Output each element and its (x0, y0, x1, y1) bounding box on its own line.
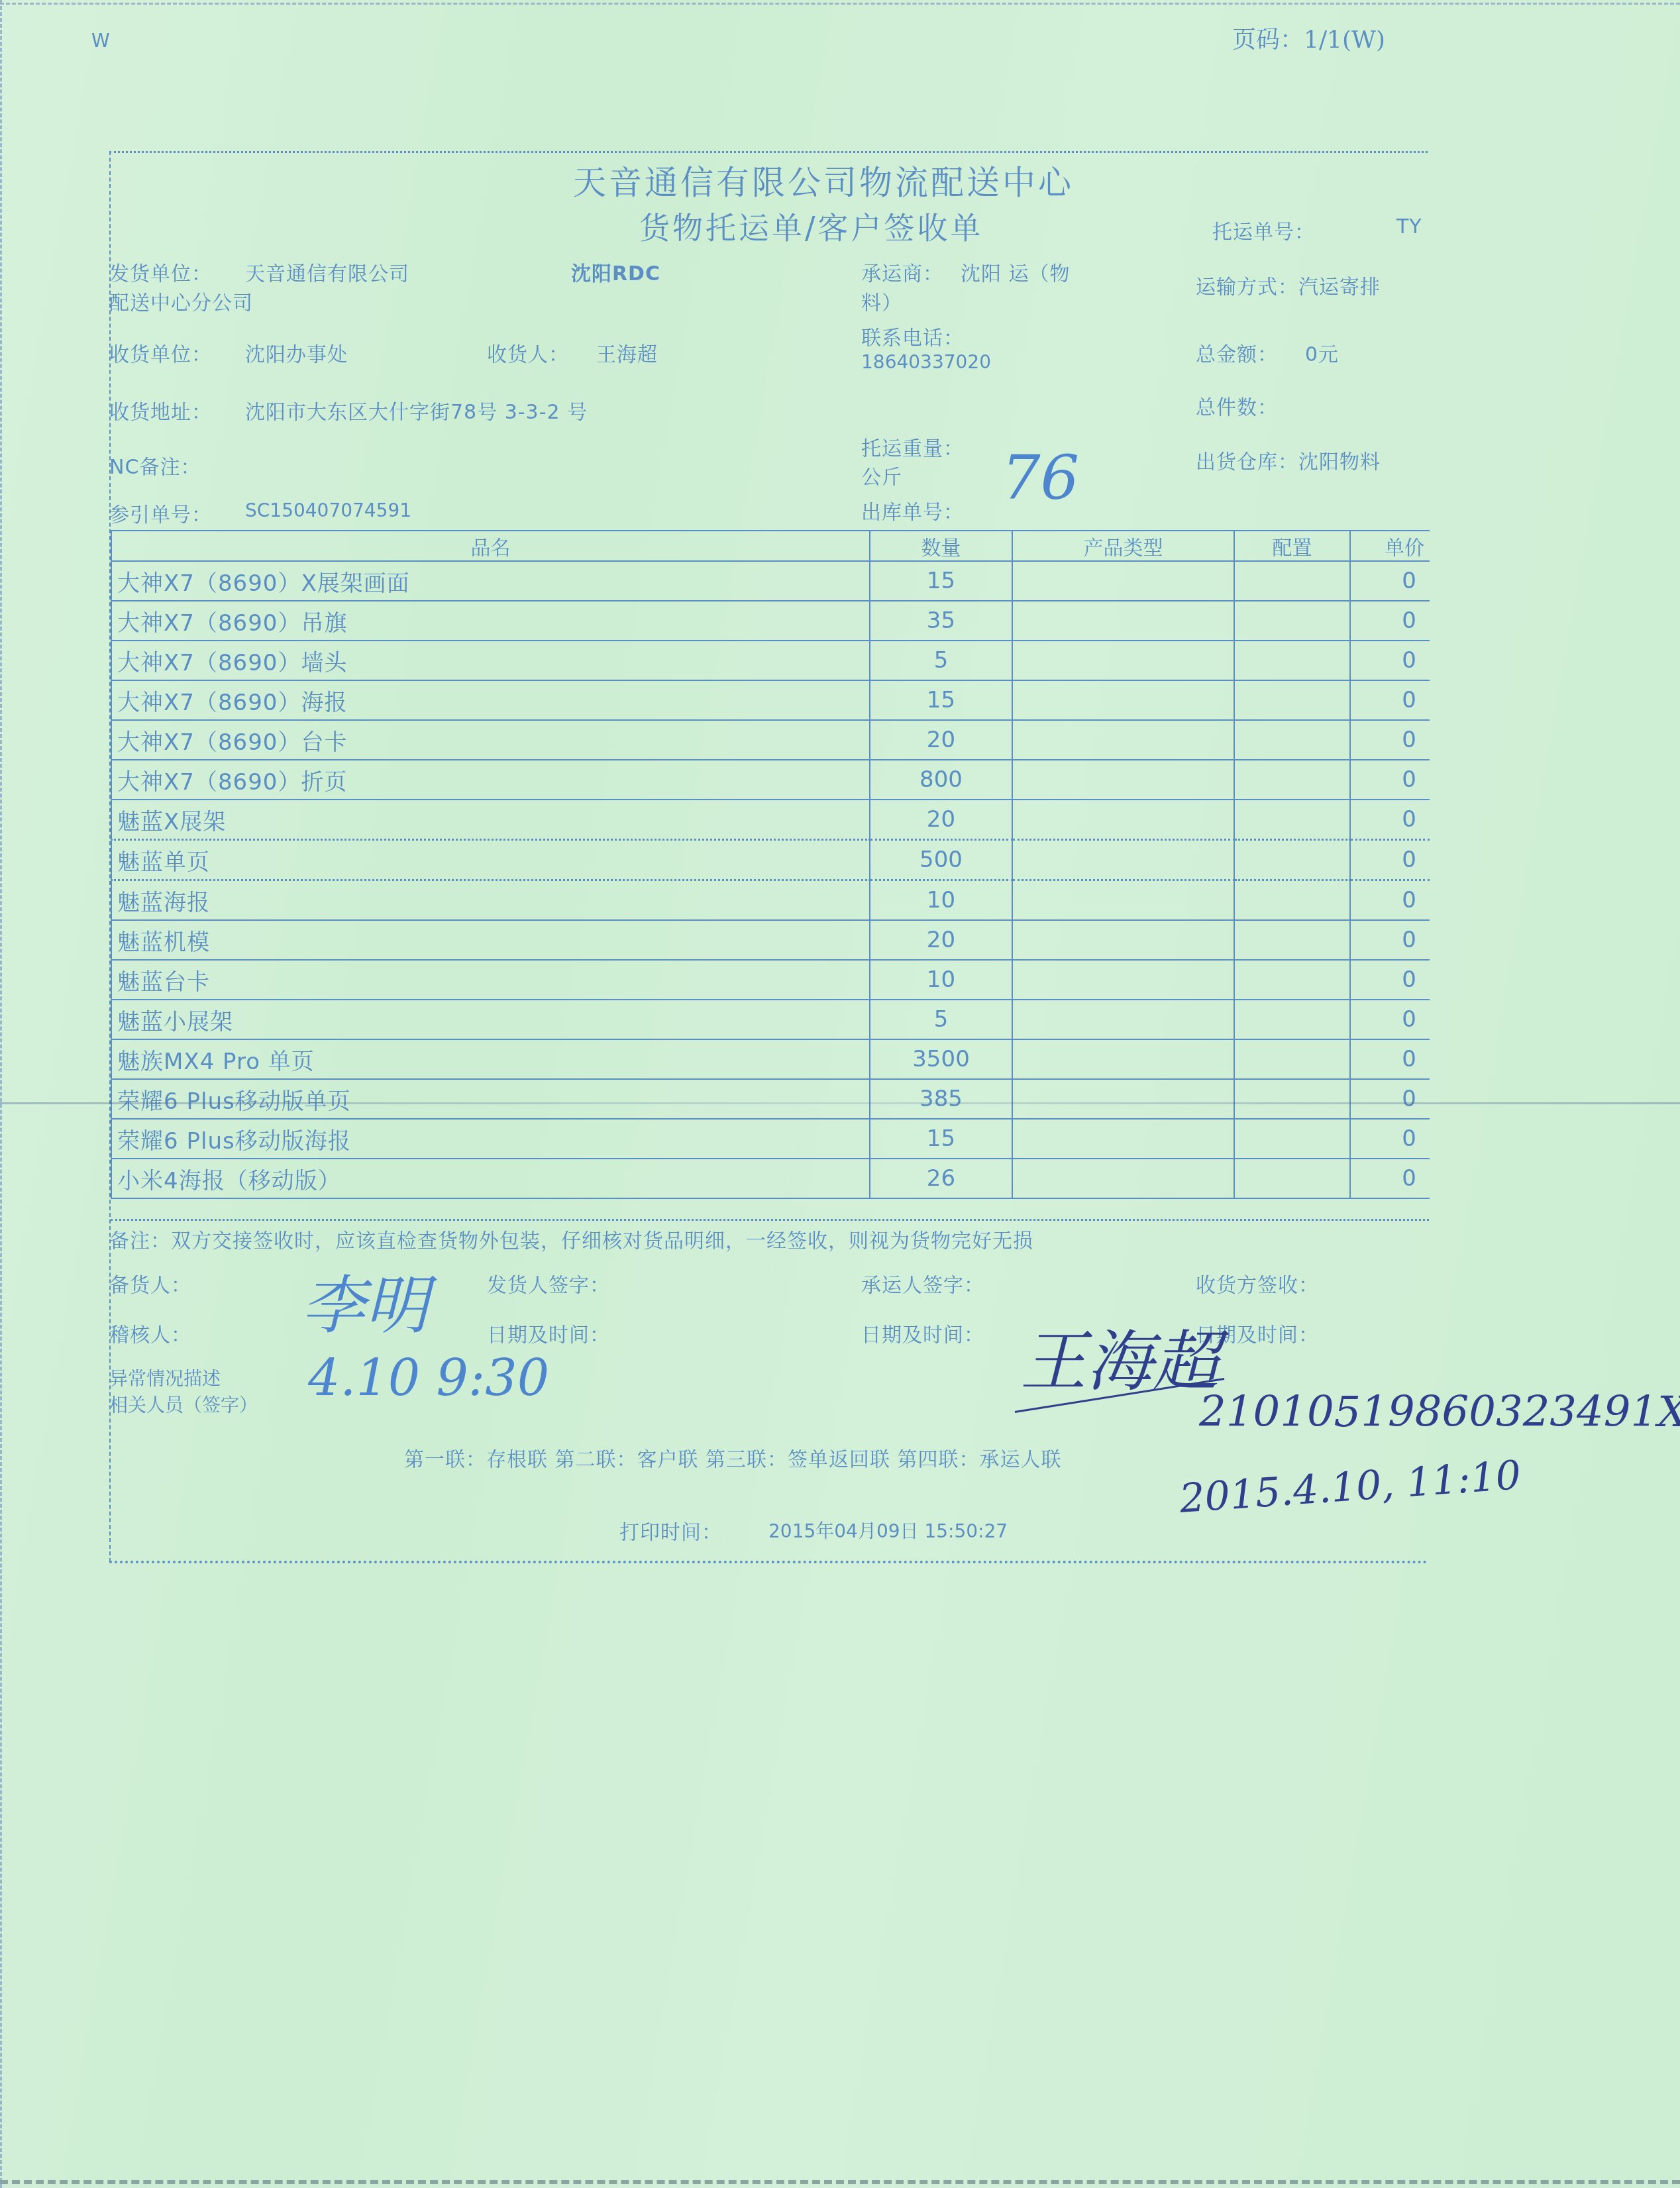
perforation-top (0, 3, 1680, 5)
reviewer-signature: 李明 (301, 1255, 429, 1346)
table-row: 荣耀6 Plus移动版海报150 (111, 1119, 1430, 1159)
warehouse-value: 沈阳物料 (1298, 445, 1381, 474)
company-title: 天音通信有限公司物流配送中心 (573, 156, 1074, 204)
waybill-no-label: 托运单号： (1212, 215, 1315, 244)
weight-unit: 公斤 (861, 460, 902, 490)
total-pieces-label: 总件数： (1196, 391, 1278, 420)
table-row: 魅族MX4 Pro 单页35000 (111, 1039, 1430, 1079)
shipper-value: 天音通信有限公司 (245, 257, 409, 286)
reference-value: SC150407074591 (245, 499, 411, 521)
exception-signers-label: 相关人员（签字） (109, 1391, 258, 1418)
shipper-label: 发货单位： (109, 257, 212, 286)
phone-value: 18640337020 (861, 351, 991, 373)
total-amount-label: 总金额： (1196, 338, 1278, 367)
print-time-value: 2015年04月09日 15:50:27 (768, 1517, 1008, 1543)
nc-note-label: NC备注： (109, 450, 201, 480)
shipper-rdc: 沈阳RDC (571, 257, 660, 286)
address-label: 收货地址： (109, 395, 212, 425)
perforation-left (0, 0, 5, 2188)
receiver-signature: 王海超 (1020, 1308, 1219, 1404)
perforation-bottom (0, 2180, 1680, 2184)
transport-value: 汽运寄排 (1298, 270, 1381, 299)
shipper-sign-label: 发货人签字： (487, 1269, 610, 1298)
header-config: 配置 (1234, 531, 1350, 561)
receiver-id-number: 21010519860323491X (1199, 1388, 1680, 1437)
carrier-datetime-label: 日期及时间： (861, 1318, 984, 1347)
phone-label: 联系电话： (861, 321, 964, 350)
consignee-value: 王海超 (596, 338, 658, 367)
table-row: 大神X7（8690）吊旗350 (111, 601, 1430, 641)
table-row: 魅蓝X展架200 (111, 800, 1430, 840)
table-row: 大神X7（8690）台卡200 (111, 720, 1430, 760)
reviewer-datetime: 4.10 9:30 (308, 1348, 549, 1407)
table-header-row: 品名 数量 产品类型 配置 单价 (111, 531, 1430, 561)
copies-legend: 第一联：存根联 第二联：客户联 第三联：签单返回联 第四联：承运人联 (404, 1443, 1062, 1472)
consignee-unit-label: 收货单位： (109, 338, 212, 367)
transport-label: 运输方式： (1196, 270, 1298, 299)
table-row: 魅蓝小展架50 (111, 1000, 1430, 1039)
paper-fold-line (0, 1102, 1680, 1104)
table-row: 魅蓝台卡100 (111, 960, 1430, 1000)
table-row: 大神X7（8690）墙头50 (111, 641, 1430, 680)
shipper-datetime-label: 日期及时间： (487, 1318, 610, 1347)
table-row: 大神X7（8690）X展架画面150 (111, 561, 1430, 601)
carrier-value-line2: 料） (861, 286, 902, 315)
weight-label: 托运重量： (861, 432, 964, 461)
table-row: 大神X7（8690）海报150 (111, 680, 1430, 720)
header-product-type: 产品类型 (1012, 531, 1234, 561)
carrier-label: 承运商： (861, 257, 943, 286)
footer-divider (111, 1219, 1429, 1221)
preparer-label: 备货人： (109, 1269, 191, 1298)
carrier-sign-label: 承运人签字： (861, 1269, 984, 1298)
consignee-unit-value: 沈阳办事处 (245, 338, 348, 367)
receiver-sign-label: 收货方签收： (1196, 1269, 1319, 1298)
reference-label: 参引单号： (109, 498, 212, 527)
header-unit-price: 单价 (1350, 531, 1430, 561)
address-value: 沈阳市大东区大什字街78号 3-3-2 号 (245, 395, 588, 425)
page-number: 页码：1/1(W) (1232, 21, 1385, 55)
weight-handwritten: 76 (1002, 443, 1079, 513)
outbound-no-label: 出库单号： (861, 495, 964, 525)
page-marker: W (91, 30, 110, 52)
table-row: 魅蓝海报100 (111, 880, 1430, 921)
header-product-name: 品名 (111, 531, 870, 561)
waybill-no-value: TY (1396, 215, 1422, 238)
table-row: 魅蓝单页5000 (111, 840, 1430, 880)
consignee-label: 收货人： (487, 338, 569, 367)
exception-label: 异常情况描述 (109, 1365, 221, 1391)
warehouse-label: 出货仓库： (1196, 445, 1298, 474)
remark-text: 备注：双方交接签收时，应该直检查货物外包装，仔细核对货品明细，一经签收，则视为货… (109, 1224, 1033, 1253)
print-time-label: 打印时间： (619, 1516, 722, 1545)
table-row: 小米4海报（移动版）260 (111, 1159, 1430, 1198)
items-table: 品名 数量 产品类型 配置 单价 大神X7（8690）X展架画面150 大神X7… (111, 530, 1430, 1199)
reviewer-label: 稽核人： (109, 1318, 191, 1347)
shipper-value-line2: 配送中心分公司 (109, 286, 253, 315)
total-amount-value: 0元 (1305, 338, 1339, 367)
table-row: 大神X7（8690）折页8000 (111, 760, 1430, 800)
header-quantity: 数量 (870, 531, 1012, 561)
table-row: 魅蓝机模200 (111, 920, 1430, 960)
carrier-value: 沈阳 运（物 (961, 257, 1071, 286)
table-row: 荣耀6 Plus移动版单页3850 (111, 1079, 1430, 1119)
form-title: 货物托运单/客户签收单 (639, 204, 984, 248)
